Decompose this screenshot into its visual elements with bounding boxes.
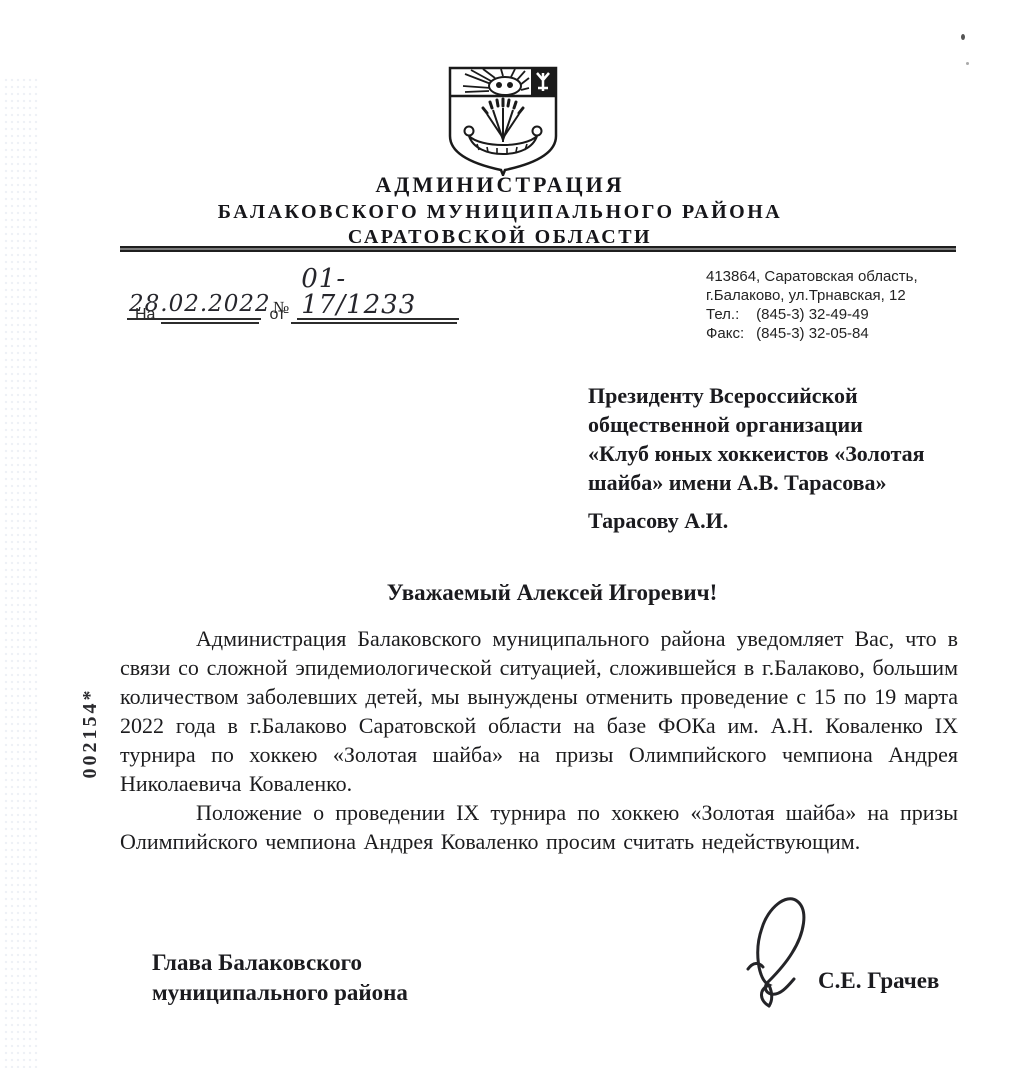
recipient-name: Тарасову А.И. bbox=[588, 506, 988, 535]
coat-of-arms-icon bbox=[443, 64, 563, 176]
phone-value: (845-3) 32-49-49 bbox=[756, 306, 869, 323]
ot-label: от bbox=[269, 306, 285, 324]
postal-address-line1: 413864, Саратовская область, bbox=[706, 267, 918, 286]
recipient-line: шайба» имени А.В. Тарасова» bbox=[588, 468, 988, 497]
print-through-artifact bbox=[4, 78, 40, 1068]
scan-speck bbox=[966, 62, 969, 65]
na-label: На bbox=[135, 306, 155, 324]
letter-body: Администрация Балаковского муниципальног… bbox=[120, 624, 958, 856]
body-paragraph-2: Положение о проведении IX турнира по хок… bbox=[120, 798, 958, 856]
letterhead: АДМИНИСТРАЦИЯ БАЛАКОВСКОГО МУНИЦИПАЛЬНОГ… bbox=[100, 172, 900, 249]
phone-line: Тел.: (845-3) 32-49-49 bbox=[706, 305, 918, 324]
fax-line: Факс: (845-3) 32-05-84 bbox=[706, 324, 918, 343]
recipient-line: Президенту Всероссийской bbox=[588, 381, 988, 410]
recipient-block: Президенту Всероссийской общественной ор… bbox=[588, 381, 988, 535]
signer-position-line2: муниципального района bbox=[152, 978, 408, 1008]
registration-stamp-number: 002154* bbox=[79, 678, 105, 788]
org-name-line2: БАЛАКОВСКОГО МУНИЦИПАЛЬНОГО РАЙОНА bbox=[100, 201, 900, 224]
signer-name: С.Е. Грачев bbox=[818, 968, 939, 994]
fax-value: (845-3) 32-05-84 bbox=[756, 325, 869, 342]
body-paragraph-1: Администрация Балаковского муниципальног… bbox=[120, 624, 958, 798]
signer-position: Глава Балаковского муниципального района bbox=[152, 948, 408, 1008]
contact-block: 413864, Саратовская область, г.Балаково,… bbox=[706, 267, 918, 343]
fax-label: Факс: bbox=[706, 324, 752, 343]
scanned-letter-page: АДМИНИСТРАЦИЯ БАЛАКОВСКОГО МУНИЦИПАЛЬНОГ… bbox=[0, 0, 1016, 1080]
org-name-line1: АДМИНИСТРАЦИЯ bbox=[100, 172, 900, 198]
scan-speck bbox=[961, 34, 965, 40]
recipient-line: общественной организации bbox=[588, 410, 988, 439]
na-blank-line bbox=[161, 306, 259, 324]
recipient-line: «Клуб юных хоккеистов «Золотая bbox=[588, 439, 988, 468]
signature-scribble bbox=[736, 888, 824, 1010]
ot-blank-line bbox=[291, 306, 457, 324]
phone-label: Тел.: bbox=[706, 305, 752, 324]
postal-address-line2: г.Балаково, ул.Трнавская, 12 bbox=[706, 286, 918, 305]
signer-position-line1: Глава Балаковского bbox=[152, 948, 408, 978]
reply-reference-row: На от bbox=[135, 306, 457, 324]
letterhead-divider bbox=[120, 246, 956, 252]
salutation: Уважаемый Алексей Игоревич! bbox=[133, 580, 971, 606]
